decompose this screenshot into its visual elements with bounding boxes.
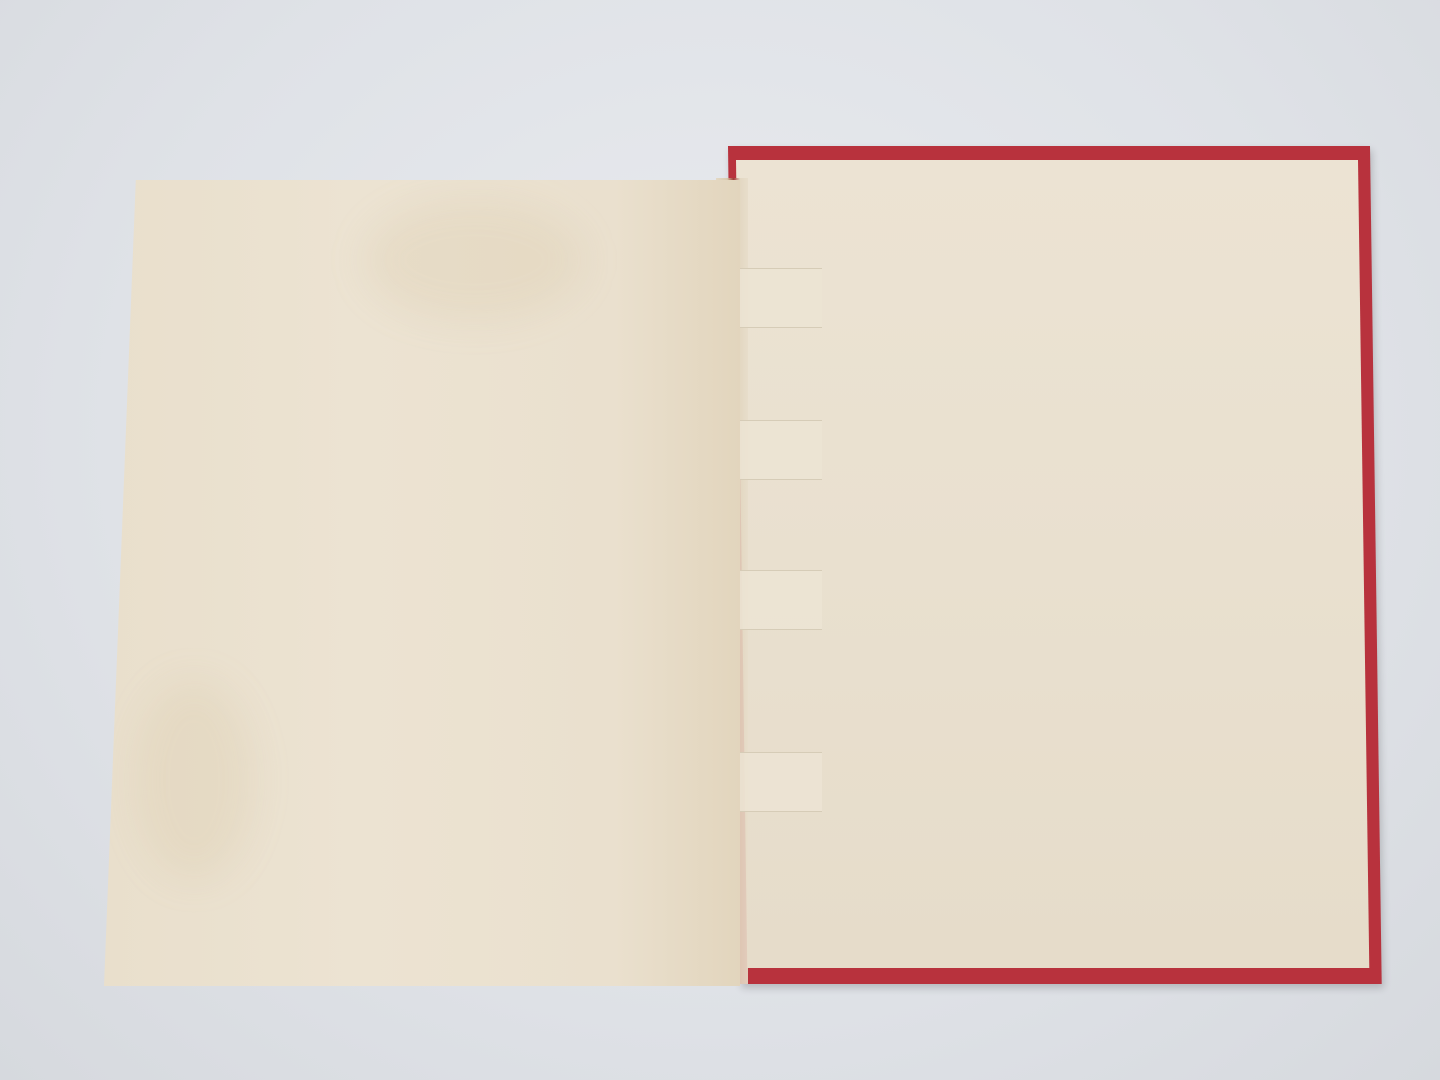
right-pastedown-page xyxy=(736,160,1369,968)
left-flyleaf-page xyxy=(104,180,740,986)
